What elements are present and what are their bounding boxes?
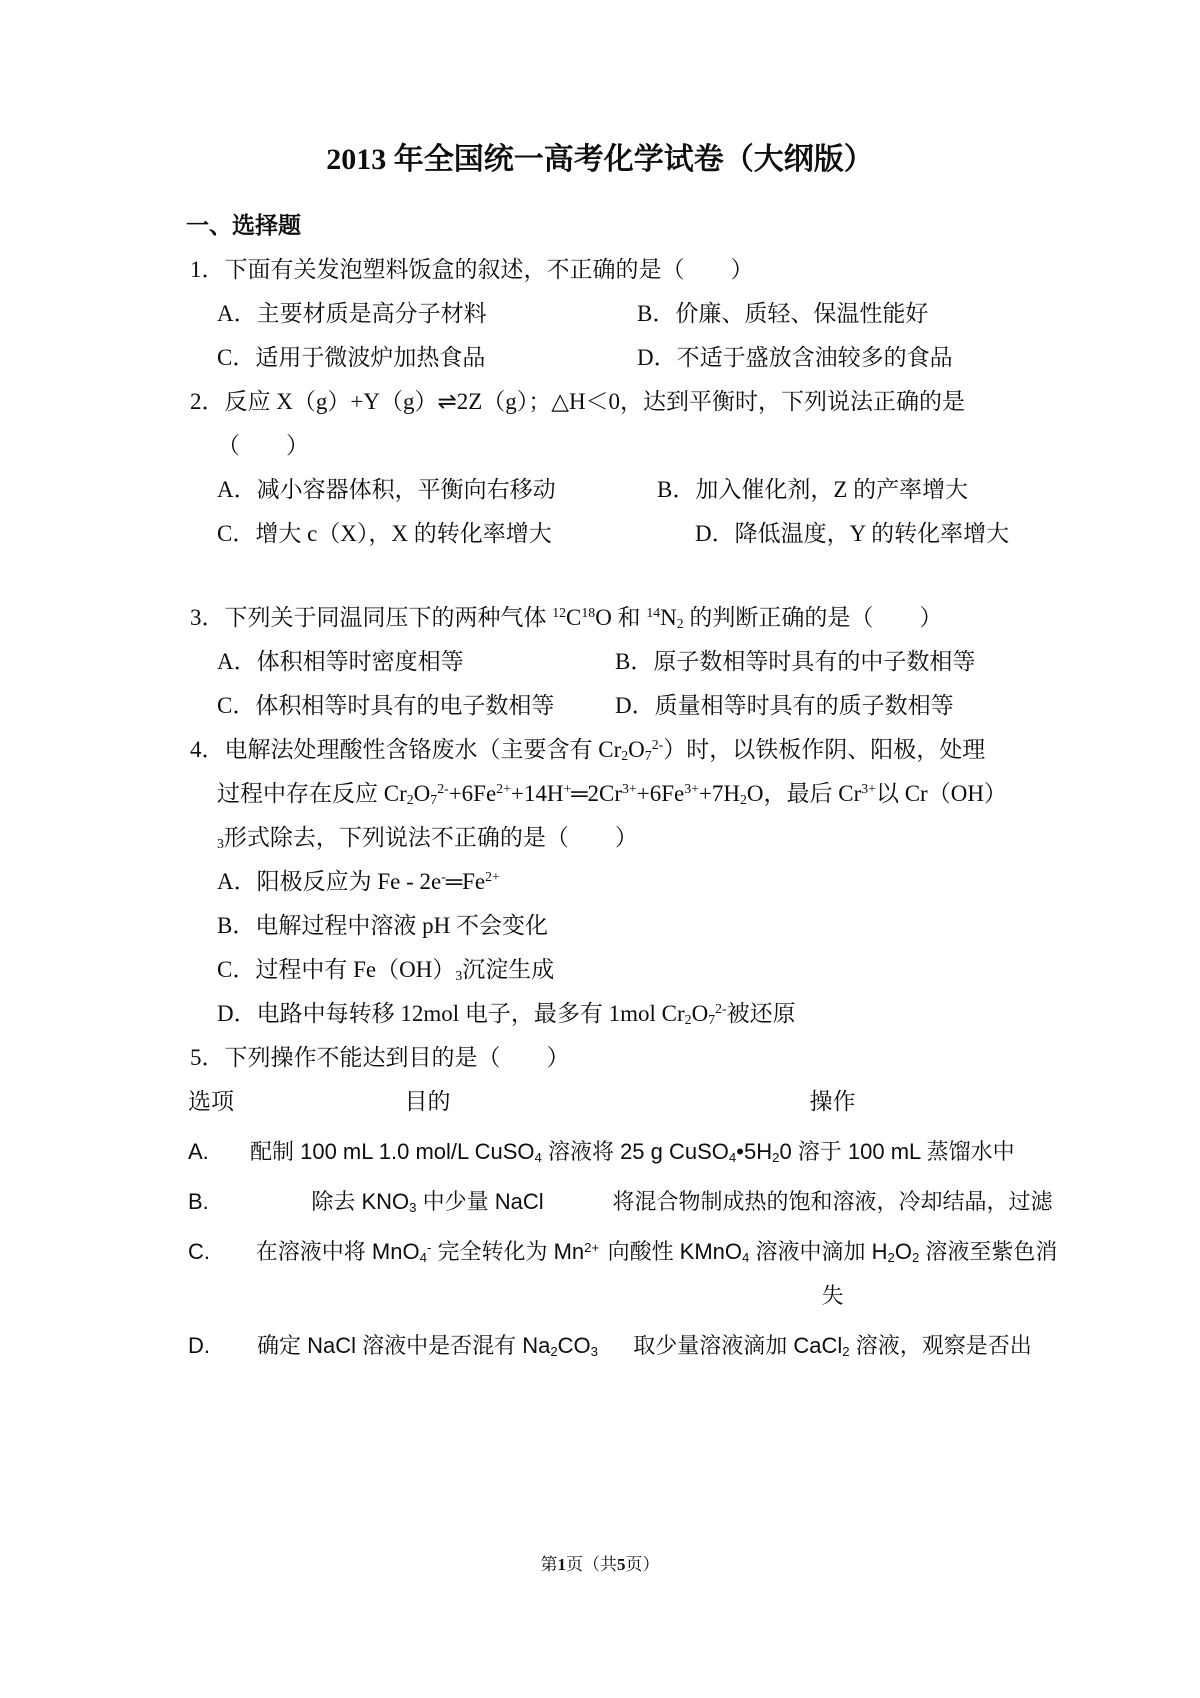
- footer-page-number: 1: [558, 1555, 567, 1574]
- question-2-option-b: B．加入催化剂，Z 的产率增大: [657, 468, 968, 512]
- question-3-option-a: A．体积相等时密度相等: [217, 640, 615, 684]
- table-row: B.除去 KNO3 中少量 NaCl将混合物制成热的饱和溶液，冷却结晶，过滤: [188, 1180, 1200, 1224]
- question-4-option-b: B．电解过程中溶液 pH 不会变化: [217, 904, 1200, 948]
- question-5-table: 选项 目的 操作 A.配制 100 mL 1.0 mol/L CuSO4 溶液将…: [188, 1080, 1200, 1368]
- section-heading: 一、选择题: [186, 202, 1200, 248]
- table-cell-option-label: A.: [188, 1130, 250, 1174]
- footer-total-pages: 5: [617, 1555, 626, 1574]
- table-header-operation: 操作: [605, 1080, 1060, 1124]
- question-3-options-ab: A．体积相等时密度相等 B．原子数相等时具有的中子数相等: [217, 640, 1200, 684]
- question-3-option-b: B．原子数相等时具有的中子数相等: [615, 640, 975, 684]
- table-body: A.配制 100 mL 1.0 mol/L CuSO4 溶液将 25 g CuS…: [188, 1130, 1200, 1368]
- question-1-option-a: A．主要材质是高分子材料: [217, 292, 637, 336]
- question-4: 4．电解法处理酸性含铬废水（主要含有 Cr2O72-）时，以铁板作阴、阳极，处理…: [0, 728, 1200, 1036]
- table-cell-operation: 取少量溶液滴加 CaCl2 溶液，观察是否出: [605, 1324, 1060, 1368]
- question-4-stem-line2: 过程中存在反应 Cr2O72-+6Fe2++14H+═2Cr3++6Fe3++7…: [217, 772, 1090, 816]
- table-cell-purpose: 在溶液中将 MnO4- 完全转化为 Mn2+: [250, 1230, 605, 1318]
- page-title: 2013 年全国统一高考化学试卷（大纲版）: [0, 0, 1200, 182]
- question-2-option-c: C．增大 c（X），X 的转化率增大: [217, 512, 695, 556]
- page-footer: 第1页（共5页）: [0, 1552, 1200, 1578]
- question-4-option-a: A．阳极反应为 Fe - 2e-═Fe2+: [217, 860, 1200, 904]
- table-cell-purpose: 确定 NaCl 溶液中是否混有 Na2CO3: [250, 1324, 605, 1368]
- table-cell-option-label: D.: [188, 1324, 250, 1368]
- table-cell-option-label: C.: [188, 1230, 250, 1318]
- table-cell-operation: 向酸性 KMnO4 溶液中滴加 H2O2 溶液至紫色消失: [605, 1230, 1060, 1318]
- question-2-options-ab: A．减小容器体积，平衡向右移动 B．加入催化剂，Z 的产率增大: [217, 468, 1200, 512]
- question-3-option-c: C．体积相等时具有的电子数相等: [217, 684, 615, 728]
- footer-middle: 页（共: [566, 1555, 617, 1574]
- question-1-stem: 1．下面有关发泡塑料饭盒的叙述，不正确的是（ ）: [190, 248, 1080, 292]
- table-header-option: 选项: [188, 1080, 250, 1124]
- footer-suffix: 页）: [626, 1555, 660, 1574]
- question-1-option-b: B．价廉、质轻、保温性能好: [637, 292, 928, 336]
- question-3: 3．下列关于同温同压下的两种气体 12C18O 和 14N2 的判断正确的是（ …: [0, 596, 1200, 728]
- exam-page: 2013 年全国统一高考化学试卷（大纲版） 一、选择题 1．下面有关发泡塑料饭盒…: [0, 0, 1200, 1698]
- question-3-option-d: D．质量相等时具有的质子数相等: [615, 684, 954, 728]
- footer-prefix: 第: [541, 1555, 558, 1574]
- table-row: D.确定 NaCl 溶液中是否混有 Na2CO3取少量溶液滴加 CaCl2 溶液…: [188, 1324, 1200, 1368]
- question-1: 1．下面有关发泡塑料饭盒的叙述，不正确的是（ ） A．主要材质是高分子材料 B．…: [0, 248, 1200, 380]
- table-cell-operation: 将混合物制成热的饱和溶液，冷却结晶，过滤: [605, 1180, 1060, 1224]
- table-cell-purpose-operation: 配制 100 mL 1.0 mol/L CuSO4 溶液将 25 g CuSO4…: [250, 1130, 1070, 1174]
- question-2: 2．反应 X（g）+Y（g）⇌2Z（g）；△H＜0，达到平衡时，下列说法正确的是…: [0, 380, 1200, 556]
- question-2-option-d: D．降低温度，Y 的转化率增大: [695, 512, 1009, 556]
- question-5: 5．下列操作不能达到目的是（ ） 选项 目的 操作 A.配制 100 mL 1.…: [0, 1036, 1200, 1368]
- question-2-stem-line1: 2．反应 X（g）+Y（g）⇌2Z（g）；△H＜0，达到平衡时，下列说法正确的是: [190, 380, 1080, 424]
- spacer: [0, 556, 1200, 596]
- question-1-options-ab: A．主要材质是高分子材料 B．价廉、质轻、保温性能好: [217, 292, 1200, 336]
- table-row: A.配制 100 mL 1.0 mol/L CuSO4 溶液将 25 g CuS…: [188, 1130, 1200, 1174]
- question-2-options-cd: C．增大 c（X），X 的转化率增大 D．降低温度，Y 的转化率增大: [217, 512, 1200, 556]
- question-4-option-c: C．过程中有 Fe（OH）3沉淀生成: [217, 948, 1200, 992]
- question-1-options-cd: C．适用于微波炉加热食品 D．不适于盛放含油较多的食品: [217, 336, 1200, 380]
- question-1-option-c: C．适用于微波炉加热食品: [217, 336, 637, 380]
- table-cell-option-label: B.: [188, 1180, 250, 1224]
- question-4-stem-line1: 4．电解法处理酸性含铬废水（主要含有 Cr2O72-）时，以铁板作阴、阳极，处理: [190, 728, 1080, 772]
- question-2-option-a: A．减小容器体积，平衡向右移动: [217, 468, 657, 512]
- table-header-row: 选项 目的 操作: [188, 1080, 1200, 1124]
- question-3-stem: 3．下列关于同温同压下的两种气体 12C18O 和 14N2 的判断正确的是（ …: [190, 596, 1080, 640]
- question-5-stem: 5．下列操作不能达到目的是（ ）: [190, 1036, 1080, 1080]
- table-header-purpose: 目的: [250, 1080, 605, 1124]
- table-row: C.在溶液中将 MnO4- 完全转化为 Mn2+向酸性 KMnO4 溶液中滴加 …: [188, 1230, 1200, 1318]
- question-1-option-d: D．不适于盛放含油较多的食品: [637, 336, 953, 380]
- table-cell-purpose: 除去 KNO3 中少量 NaCl: [250, 1180, 605, 1224]
- question-4-option-d: D．电路中每转移 12mol 电子，最多有 1mol Cr2O72-被还原: [217, 992, 1200, 1036]
- question-4-stem-line3: 3形式除去，下列说法不正确的是（ ）: [217, 816, 1090, 860]
- question-2-stem-line2: （ ）: [217, 424, 1090, 468]
- question-3-options-cd: C．体积相等时具有的电子数相等 D．质量相等时具有的质子数相等: [217, 684, 1200, 728]
